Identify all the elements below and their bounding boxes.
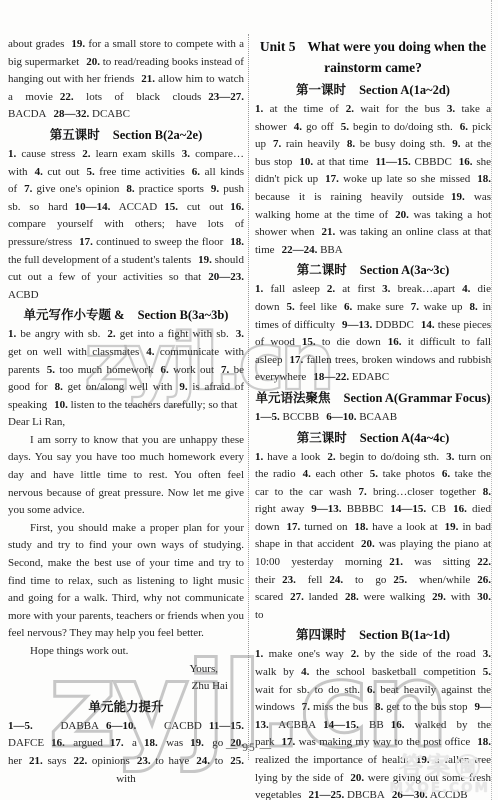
answer-item: 21. says xyxy=(29,755,66,767)
answer-number: 17. xyxy=(79,236,93,248)
answer-text: her xyxy=(8,755,22,767)
answer-number: 1. xyxy=(255,451,263,463)
signature-line: Yours, xyxy=(8,661,218,679)
answer-item: 5. begin to do/doing sth. xyxy=(341,121,453,133)
answer-list: about grades19. for a small store to com… xyxy=(8,36,244,124)
answer-text: to xyxy=(215,755,224,767)
unit-title: Unit 5What were you doing when the rains… xyxy=(255,36,491,78)
answer-number: 2. xyxy=(327,451,335,463)
answer-item: 9—13. BBBBC xyxy=(311,503,383,515)
answer-number: 16. xyxy=(453,503,467,515)
answer-item: 1. have a look xyxy=(255,451,320,463)
answer-item: 29. with xyxy=(432,591,470,603)
answer-number: 17. xyxy=(289,354,303,366)
answer-number: 28—32. xyxy=(54,108,90,120)
answer-number: 21. xyxy=(389,556,403,568)
letter-paragraph: Hope things work out. xyxy=(8,643,244,661)
answer-item: about grades xyxy=(8,38,64,50)
answer-text: cut out xyxy=(187,201,223,213)
answer-item: 22. opinions xyxy=(73,755,129,767)
answer-number: 29. xyxy=(432,591,446,603)
section-heading: 单元语法聚焦Section A(Grammar Focus) xyxy=(255,389,491,408)
answer-number: 6. xyxy=(344,301,352,313)
answer-number: 14. xyxy=(421,319,435,331)
answer-list: 1. have a look2. begin to do/doing sth.3… xyxy=(255,449,491,625)
answer-item: 8. get to the bus stop xyxy=(375,701,468,713)
answer-item: 1. at the time of xyxy=(255,103,339,115)
answer-number: 8. xyxy=(126,183,134,195)
section-heading-cn: 单元语法聚焦 xyxy=(256,391,331,405)
answer-text: landed xyxy=(309,591,338,603)
answer-text: BACDA xyxy=(8,108,47,120)
section-heading-cn: 单元写作小专题 & xyxy=(24,308,125,322)
answer-text: walk by xyxy=(255,666,294,678)
section-heading-cn: 第五课时 xyxy=(50,128,100,142)
answer-number: 18. xyxy=(354,521,368,533)
answer-number: 16. xyxy=(388,336,402,348)
answer-number: 3. xyxy=(447,103,455,115)
answer-number: 9. xyxy=(179,381,187,393)
answer-item: 1. be angry with sb. xyxy=(8,328,100,340)
answer-text: to die down xyxy=(322,336,381,348)
answer-number: 15. xyxy=(164,201,178,213)
answer-list: 1. be angry with sb.2. get into a fight … xyxy=(8,326,244,414)
unit-title-prefix: Unit 5 xyxy=(260,39,296,54)
answer-text: fall asleep xyxy=(270,283,319,295)
answer-text: feel like xyxy=(299,301,337,313)
answer-number: 11—15. xyxy=(376,156,411,168)
answer-text: have a look at xyxy=(372,521,437,533)
answer-number: 14—15. xyxy=(323,719,359,731)
left-column: about grades19. for a small store to com… xyxy=(8,36,244,788)
answer-number: 21. xyxy=(29,755,43,767)
answer-number: 8. xyxy=(55,381,63,393)
answer-number: 8. xyxy=(483,486,491,498)
answer-item: 22—24. BBA xyxy=(282,244,343,256)
answer-item: 5. free time activities xyxy=(86,166,184,178)
answer-text: ACBD xyxy=(8,289,39,301)
answer-text: DDBDC xyxy=(375,319,414,331)
answer-text: DCABC xyxy=(92,108,130,120)
answer-text: listen to the teachers carefully; so tha… xyxy=(71,399,238,411)
answer-text: to go xyxy=(355,574,386,586)
answer-item: 15. cut out xyxy=(164,201,223,213)
answer-item: 21—25. DBCBA xyxy=(308,789,384,800)
answer-item: 27. landed xyxy=(290,591,338,603)
answer-number: 3. xyxy=(182,148,190,160)
answer-item: 1—5. DABBA xyxy=(8,720,99,732)
answer-text: be busy doing sth. xyxy=(360,138,446,150)
answer-list: 1. at the time of2. wait for the bus3. t… xyxy=(255,101,491,259)
answer-item: 23. to have xyxy=(137,755,189,767)
answer-item: 7. rain heavily xyxy=(273,138,340,150)
answer-list: 1. cause stress2. learn exam skills3. co… xyxy=(8,146,244,304)
answer-item: 15. to die down xyxy=(302,336,381,348)
answer-text: get into a fight with sb. xyxy=(120,328,229,340)
section-heading: 单元写作小专题 &Section B(3a~3b) xyxy=(8,306,244,325)
answer-text: wait for the bus xyxy=(360,103,440,115)
answer-number: 6. xyxy=(161,364,169,376)
workbook-answer-page: about grades19. for a small store to com… xyxy=(0,0,498,800)
answer-text: realized the importance of health xyxy=(255,754,409,766)
answer-text: BCCBB xyxy=(283,411,320,423)
answer-text: rain heavily xyxy=(286,138,340,150)
answer-text: BBA xyxy=(320,244,343,256)
answer-number: 6. xyxy=(460,121,468,133)
answer-number: 3. xyxy=(236,328,244,340)
answer-number: 18. xyxy=(230,236,244,248)
answer-number: 1. xyxy=(8,148,16,160)
answer-item: 2. by the side of the road xyxy=(351,648,476,660)
answer-text: the school basketball competition xyxy=(316,666,476,678)
answer-text: about grades xyxy=(8,38,64,50)
answer-text: BB xyxy=(369,719,384,731)
answer-number: 23. xyxy=(282,574,296,586)
answer-number: 7. xyxy=(273,138,281,150)
section-heading-en: Section B(2a~2e) xyxy=(113,128,202,142)
answer-number: 9—13. xyxy=(342,319,372,331)
answer-text: DABBA xyxy=(60,720,99,732)
answer-text: lots of black clouds xyxy=(86,91,201,103)
answer-number: 19. xyxy=(71,38,85,50)
page-edge-line xyxy=(491,0,492,800)
answer-text: scared xyxy=(255,591,283,603)
answer-item: 21. was sitting xyxy=(389,556,470,568)
answer-text: DBCBA xyxy=(347,789,385,800)
section-heading-cn: 第三课时 xyxy=(297,431,347,445)
answer-text: when/while xyxy=(419,574,470,586)
answer-item: 14—15. BB xyxy=(323,719,384,731)
letter-salutation: Dear Li Ran, xyxy=(8,414,244,432)
answer-number: 1. xyxy=(255,103,263,115)
answer-text: give one's opinion xyxy=(37,183,120,195)
answer-text: BBBBC xyxy=(347,503,384,515)
answer-number: 9. xyxy=(211,183,219,195)
answer-number: 22. xyxy=(73,755,87,767)
answer-number: 7. xyxy=(302,701,310,713)
answer-text: free time activities xyxy=(99,166,185,178)
answer-text: wake up xyxy=(424,301,463,313)
answer-text: begin to do/doing sth. xyxy=(353,121,453,133)
answer-text: too much homework xyxy=(59,364,153,376)
answer-item: 8. practice sports xyxy=(126,183,204,195)
answer-number: 3. xyxy=(483,648,491,660)
answer-number: 2. xyxy=(327,283,335,295)
answer-number: 16. xyxy=(230,201,244,213)
answer-number: 8. xyxy=(470,301,478,313)
answer-text: wait for sb. to do sth. xyxy=(255,684,360,696)
stamp-site-url: MXQE.COM xyxy=(390,780,491,796)
answer-text: turned on xyxy=(304,521,347,533)
answer-item: 7. give one's opinion xyxy=(24,183,119,195)
answer-number: 2. xyxy=(82,148,90,160)
answer-text: cause stress xyxy=(21,148,75,160)
stamp-circled-char: 圈 xyxy=(455,754,480,779)
answer-number: 6. xyxy=(442,468,450,480)
answer-item: 5. take photos xyxy=(370,468,435,480)
answer-text: because it is raining heavily outside xyxy=(255,191,444,203)
answer-text: break…apart xyxy=(398,283,455,295)
answer-item: 2. get into a fight with sb. xyxy=(107,328,228,340)
answer-item: 7. bring…closer together xyxy=(358,486,475,498)
answer-number: 7. xyxy=(411,301,419,313)
answer-number: 7. xyxy=(221,364,229,376)
answer-item: 4. each other xyxy=(303,468,363,480)
answer-number: 20. xyxy=(395,209,409,221)
answer-item: 10—14. ACCAD xyxy=(75,201,158,213)
answer-number: 22. xyxy=(477,556,491,568)
section-heading-cn: 第二课时 xyxy=(297,263,347,277)
section-heading-cn: 第四课时 xyxy=(296,628,346,642)
answer-number: 22—24. xyxy=(282,244,318,256)
answer-item: 1. cause stress xyxy=(8,148,75,160)
answer-item: 7. miss the bus xyxy=(302,701,368,713)
answer-list: 1. fall asleep2. at first3. break…apart4… xyxy=(255,281,491,387)
answer-text: be angry with sb. xyxy=(20,328,100,340)
answer-item: 18—22. EDABC xyxy=(313,371,389,383)
answer-number: 4. xyxy=(35,166,43,178)
answer-text: at that time xyxy=(317,156,369,168)
answer-item: 1. fall asleep xyxy=(255,283,320,295)
answer-number: 4. xyxy=(301,666,309,678)
answer-text: with xyxy=(116,773,136,785)
answer-item: 2. learn exam skills xyxy=(82,148,175,160)
answer-text: get on/along well with xyxy=(68,381,173,393)
answer-text: at first xyxy=(342,283,375,295)
answer-number: 6—10. xyxy=(106,720,136,732)
answer-item: 6. make sure xyxy=(344,301,404,313)
answer-text: by the side of the road xyxy=(364,648,475,660)
answer-text: was sitting xyxy=(414,556,470,568)
answer-number: 20. xyxy=(361,538,375,550)
section-heading-en: Section A(4a~4c) xyxy=(360,431,449,445)
answer-text: their xyxy=(255,574,275,586)
answer-text: opinions xyxy=(92,755,130,767)
answer-text: begin to do/doing sth. xyxy=(340,451,440,463)
answer-text: go off xyxy=(306,121,334,133)
answer-number: 4. xyxy=(146,346,154,358)
answer-item: 18. have a look at xyxy=(354,521,437,533)
answer-item: 7. wake up xyxy=(411,301,463,313)
answer-number: 2. xyxy=(346,103,354,115)
unit-title-text: What were you doing when the rainstorm c… xyxy=(308,39,487,75)
answer-number: 2. xyxy=(107,328,115,340)
answer-number: 2. xyxy=(351,648,359,660)
answer-item: 24. to go xyxy=(329,574,386,586)
answer-text: CBBDC xyxy=(415,156,452,168)
stamp-title-text: 答案 xyxy=(399,752,453,780)
answer-number: 24. xyxy=(329,574,343,586)
answer-number: 28. xyxy=(345,591,359,603)
answer-number: 21. xyxy=(141,73,155,85)
section-heading: 第一课时Section A(1a~2d) xyxy=(255,81,491,100)
answer-number: 9. xyxy=(452,138,460,150)
answer-text: right away xyxy=(255,503,304,515)
answer-text: make sure xyxy=(357,301,404,313)
answer-number: 24. xyxy=(196,755,210,767)
section-heading: 单元能力提升 xyxy=(8,698,244,717)
signature-line: Zhu Hai xyxy=(8,678,228,696)
answer-number: 17. xyxy=(325,173,339,185)
answer-number: 3. xyxy=(382,283,390,295)
answer-text: the full development of a student's tale… xyxy=(8,254,191,266)
answer-number: 5. xyxy=(286,301,294,313)
section-heading-en: Section A(Grammar Focus) xyxy=(344,391,491,405)
answer-number: 20. xyxy=(86,56,100,68)
answer-number: 6. xyxy=(192,166,200,178)
answer-item: 10. listen to the teachers carefully; so… xyxy=(54,399,237,411)
answer-number: 10. xyxy=(299,156,313,168)
answer-number: 10. xyxy=(54,399,68,411)
answer-number: 16. xyxy=(459,156,473,168)
answer-item: 8. get on/along well with xyxy=(55,381,173,393)
answer-number: 30. xyxy=(477,591,491,603)
section-heading-cn: 单元能力提升 xyxy=(88,700,163,714)
answer-list: 1—5. BCCBB6—10. BCAAB xyxy=(255,409,491,427)
answer-text: CACBD xyxy=(164,720,202,732)
answer-number: 16. xyxy=(391,719,405,731)
answer-number: 22. xyxy=(60,91,74,103)
answer-number: 9—13. xyxy=(311,503,341,515)
letter-signature: Yours,Zhu Hai xyxy=(8,661,244,696)
answer-number: 3. xyxy=(446,451,454,463)
section-heading-en: Section B(1a~1d) xyxy=(359,628,450,642)
answer-number: 1. xyxy=(8,328,16,340)
answer-number: 19. xyxy=(198,254,212,266)
answer-text: were walking xyxy=(364,591,426,603)
answer-number: 20—23. xyxy=(208,271,244,283)
answer-item: 14—15. CB xyxy=(390,503,446,515)
answer-item: 1—5. BCCBB xyxy=(255,411,319,423)
answer-text: get on well with classmates xyxy=(8,346,139,358)
answer-text: bring…closer together xyxy=(373,486,476,498)
answer-number: 19. xyxy=(451,191,465,203)
answer-item: 3. break…apart xyxy=(382,283,455,295)
answer-number: 15. xyxy=(302,336,316,348)
section-heading: 第五课时Section B(2a~2e) xyxy=(8,126,244,145)
answer-number: 5. xyxy=(341,121,349,133)
answer-item: 4. the school basketball competition xyxy=(301,666,476,678)
answer-text: ACBBA xyxy=(278,719,316,731)
answer-number: 25. xyxy=(393,574,407,586)
answer-text: learn exam skills xyxy=(96,148,175,160)
answer-text: miss the bus xyxy=(313,701,368,713)
answer-text: at the time of xyxy=(270,103,339,115)
section-heading: 第二课时Section A(3a~3c) xyxy=(255,261,491,280)
answer-item: 8. be busy doing sth. xyxy=(347,138,445,150)
answer-item: 28. were walking xyxy=(345,591,425,603)
answer-text: with xyxy=(451,591,471,603)
answer-item: 11—15. CBBDC xyxy=(376,156,452,168)
answer-item: 6—10. BCAAB xyxy=(326,411,397,423)
answer-number: 14—15. xyxy=(390,503,426,515)
answer-number: 7. xyxy=(358,486,366,498)
section-heading: 第三课时Section A(4a~4c) xyxy=(255,429,491,448)
answer-text: get to the bus stop xyxy=(386,701,467,713)
answer-text: cut out xyxy=(47,166,79,178)
section-heading-en: Section A(3a~3c) xyxy=(360,263,449,277)
section-heading-cn: 第一课时 xyxy=(296,83,346,97)
answer-item: 4. go off xyxy=(294,121,334,133)
answer-number: 4. xyxy=(462,283,470,295)
answer-item: 22. lots of black clouds xyxy=(60,91,201,103)
answer-number: 19. xyxy=(445,521,459,533)
answer-item: 28—32. DCABC xyxy=(54,108,130,120)
answer-item: 17. continued to sweep the floor xyxy=(79,236,223,248)
answer-number: 1. xyxy=(255,648,263,660)
answer-number: 5. xyxy=(370,468,378,480)
answer-number: 21—25. xyxy=(308,789,344,800)
answer-number: 20. xyxy=(350,772,364,784)
answer-item: 17. turned on xyxy=(286,521,347,533)
answer-item: 17. woke up late so she missed xyxy=(325,173,470,185)
answer-item: 1. make one's way xyxy=(255,648,344,660)
answer-site-stamp: 答案圈 MXQE.COM xyxy=(390,753,491,796)
answer-text: to xyxy=(255,609,264,621)
right-column: Unit 5What were you doing when the rains… xyxy=(255,36,491,800)
answer-text: CB xyxy=(431,503,446,515)
answer-number: 23—27. xyxy=(208,91,244,103)
answer-text: BCAAB xyxy=(359,411,397,423)
answer-text: to have xyxy=(155,755,189,767)
answer-item: 2. begin to do/doing sth. xyxy=(327,451,439,463)
answer-item: 5. too much homework xyxy=(47,364,154,376)
answer-text: each other xyxy=(315,468,362,480)
answer-item: 23. fell xyxy=(282,574,322,586)
answer-number: 18. xyxy=(477,173,491,185)
answer-item: 2. at first xyxy=(327,283,375,295)
answer-number: 5. xyxy=(47,364,55,376)
answer-number: 18—22. xyxy=(313,371,349,383)
answer-text: make one's way xyxy=(269,648,344,660)
answer-text: work out xyxy=(173,364,214,376)
answer-text: says xyxy=(48,755,67,767)
column-divider xyxy=(248,34,249,760)
answer-number: 6—10. xyxy=(326,411,356,423)
letter-paragraph: First, you should make a proper plan for… xyxy=(8,520,244,643)
answer-text: practice sports xyxy=(139,183,204,195)
answer-number: 1. xyxy=(255,283,263,295)
section-heading: 第四课时Section B(1a~1d) xyxy=(255,626,491,645)
answer-item: 4. cut out xyxy=(35,166,80,178)
section-heading-en: Section A(1a~2d) xyxy=(359,83,450,97)
answer-number: 5. xyxy=(483,666,491,678)
answer-number: 1—5. xyxy=(255,411,280,423)
stamp-title: 答案圈 xyxy=(390,753,491,779)
answer-number: 8. xyxy=(347,138,355,150)
answer-number: 27. xyxy=(290,591,304,603)
answer-text: woke up late so she missed xyxy=(343,173,470,185)
answer-number: 11—15. xyxy=(209,720,244,732)
answer-item: 6—10. CACBD xyxy=(106,720,202,732)
answer-number: 8. xyxy=(375,701,383,713)
answer-number: 6. xyxy=(367,684,375,696)
answer-text: take photos xyxy=(383,468,435,480)
answer-text: EDABC xyxy=(352,371,389,383)
answer-number: 4. xyxy=(303,468,311,480)
answer-item: 10. at that time xyxy=(299,156,368,168)
answer-text: ACCAD xyxy=(119,201,158,213)
answer-number: 5. xyxy=(86,166,94,178)
answer-number: 17. xyxy=(286,521,300,533)
answer-item: 5. feel like xyxy=(286,301,337,313)
answer-text: continued to sweep the floor xyxy=(96,236,223,248)
answer-number: 23. xyxy=(137,755,151,767)
answer-item: 2. wait for the bus xyxy=(346,103,440,115)
letter-paragraph: I am sorry to know that you are unhappy … xyxy=(8,432,244,520)
answer-number: 21. xyxy=(322,226,336,238)
answer-item: 25. when/while xyxy=(393,574,470,586)
